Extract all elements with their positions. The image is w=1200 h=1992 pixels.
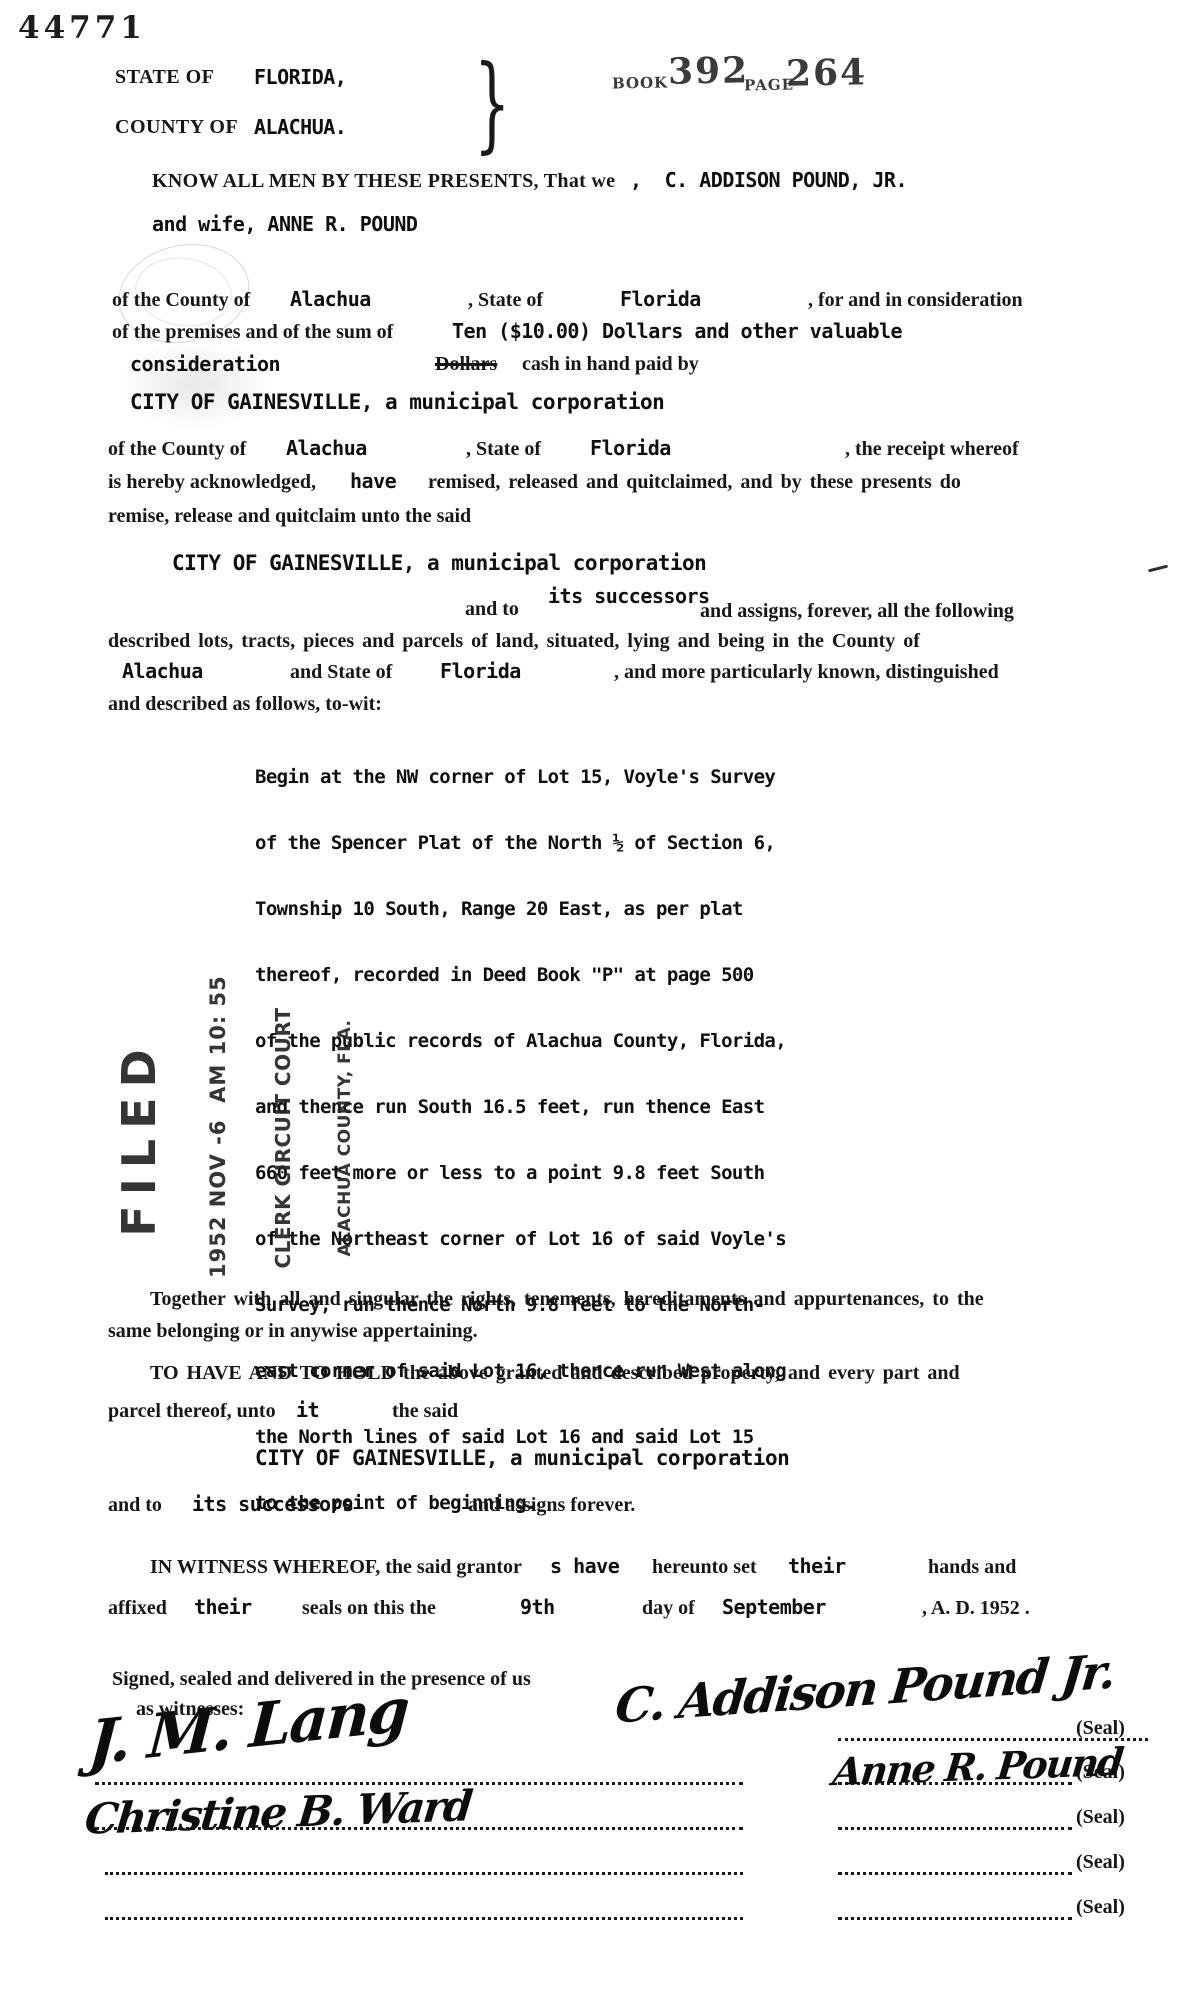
- receipt-county-value: Alachua: [286, 436, 367, 460]
- state-value: FLORIDA,: [254, 65, 346, 89]
- grant-particularly-form: , and more particularly known, distingui…: [614, 661, 999, 684]
- habendum-assigns-form: and assigns forever.: [468, 1494, 635, 1517]
- cons-line1-form-b: , State of: [468, 289, 543, 312]
- legal-line: of the Spencer Plat of the North ½ of Se…: [255, 832, 786, 854]
- grantor-wife: and wife, ANNE R. POUND: [152, 212, 417, 236]
- grantor-signature-anne-pound: Anne R. Pound: [831, 1739, 1124, 1794]
- witness-line2-form-b: seals on this the: [302, 1597, 436, 1620]
- witness-signature-ward: Christine B. Ward: [83, 1781, 474, 1844]
- document-number: 44771: [18, 10, 146, 46]
- filed-stamp: FILED 1952 NOV -6 AM 10: 55 CLERK CIRCUI…: [75, 998, 215, 1278]
- tohave-line2-form-b: the said: [392, 1400, 458, 1423]
- receipt-state-value: Florida: [590, 436, 671, 460]
- witness-day-typed: 9th: [520, 1595, 555, 1619]
- page-stamp-number: 264: [786, 51, 868, 94]
- grantee-name-1: CITY OF GAINESVILLE, a municipal corpora…: [130, 390, 664, 414]
- receipt-line1-form-b: , State of: [466, 438, 541, 461]
- filed-stamp-clerk: CLERK CIRCUIT COURT: [271, 998, 296, 1278]
- filed-stamp-county: ALACHUA COUNTY, FLA.: [334, 998, 356, 1278]
- witness-s-have-typed: s have: [550, 1554, 619, 1578]
- grantor-names: , C. ADDISON POUND, JR.: [630, 168, 907, 192]
- grant-state-value: Florida: [440, 659, 521, 683]
- receipt-line3-form: remise, release and quitclaim unto the s…: [108, 505, 471, 528]
- receipt-line2-form-b: remised, released and quitclaimed, and b…: [428, 471, 961, 494]
- grant-county-value: Alachua: [122, 659, 203, 683]
- cons-state-value: Florida: [620, 287, 701, 311]
- county-of-label: COUNTY OF: [115, 116, 238, 139]
- cons-county-value: Alachua: [290, 287, 371, 311]
- grant-described-line: described lots, tracts, pieces and parce…: [108, 630, 920, 653]
- receipt-line2-form-a: is hereby acknowledged,: [108, 471, 316, 494]
- tohave-line1: TO HAVE AND TO HOLD the above granted an…: [150, 1362, 960, 1385]
- tohave-line2-form-a: parcel thereof, unto: [108, 1400, 276, 1423]
- together-line2: same belonging or in anywise appertainin…: [108, 1320, 478, 1343]
- witness-their-typed-1: their: [788, 1554, 846, 1578]
- seal-label-1: (Seal): [1076, 1717, 1125, 1740]
- header-brace: }: [474, 42, 510, 164]
- book-stamp-label: BOOK: [612, 74, 668, 93]
- receipt-line1-form-c: , the receipt whereof: [845, 438, 1019, 461]
- grantee-name-2: CITY OF GAINESVILLE, a municipal corpora…: [172, 551, 706, 575]
- grantor-signature-line-3: [838, 1827, 1072, 1830]
- receipt-have-typed: have: [350, 469, 396, 493]
- grant-and-to: and to: [465, 598, 519, 621]
- habendum-and-to: and to: [108, 1494, 162, 1517]
- county-value: ALACHUA.: [254, 115, 346, 139]
- seal-label-4: (Seal): [1076, 1851, 1125, 1874]
- dollars-struck-word: Dollars: [435, 353, 497, 376]
- state-of-label: STATE OF: [115, 66, 214, 89]
- grant-state-of-form: and State of: [290, 661, 392, 684]
- together-line1: Together with all and singular the right…: [150, 1288, 984, 1311]
- legal-line: Township 10 South, Range 20 East, as per…: [255, 898, 786, 920]
- habendum-successors-typed: its successors: [192, 1492, 354, 1516]
- cons-line2-form: of the premises and of the sum of: [112, 321, 393, 344]
- grant-successors-typed: its successors: [548, 584, 710, 608]
- presents-clause: KNOW ALL MEN BY THESE PRESENTS, That we: [152, 170, 615, 193]
- deed-document-page: 44771 BOOK 392 PAGE 264 STATE OF FLORIDA…: [0, 0, 1200, 1992]
- seal-label-5: (Seal): [1076, 1896, 1125, 1919]
- witness-year-form: , A. D. 1952 .: [922, 1597, 1030, 1620]
- tohave-it-typed: it: [296, 1398, 319, 1422]
- pen-mark: [1148, 565, 1168, 573]
- witness-signature-line-4: [105, 1917, 743, 1920]
- receipt-line1-form-a: of the County of: [108, 438, 246, 461]
- cons-line1-form-c: , for and in consideration: [808, 289, 1023, 312]
- witness-line1-form-c: hands and: [928, 1556, 1016, 1579]
- grantor-signature-line-5: [838, 1917, 1072, 1920]
- book-stamp-number: 392: [668, 49, 750, 92]
- filed-stamp-datetime: 1952 NOV -6 AM 10: 55: [203, 998, 233, 1278]
- witness-signature-line-3: [105, 1872, 743, 1875]
- cons-line3-typed: consideration: [130, 352, 280, 376]
- legal-line: Begin at the NW corner of Lot 15, Voyle'…: [255, 766, 786, 788]
- cons-line3-form: cash in hand paid by: [522, 353, 699, 376]
- seal-label-3: (Seal): [1076, 1806, 1125, 1829]
- witness-month-typed: September: [722, 1595, 826, 1619]
- witness-line1-form-b: hereunto set: [652, 1556, 757, 1579]
- cons-amount-value: Ten ($10.00) Dollars and other valuable: [452, 319, 902, 343]
- witness-line1-form-a: IN WITNESS WHEREOF, the said grantor: [150, 1556, 522, 1579]
- grantor-signature-pound-jr: C. Addison Pound Jr.: [613, 1644, 1117, 1734]
- grantee-name-3: CITY OF GAINESVILLE, a municipal corpora…: [255, 1446, 789, 1470]
- witness-line2-form-c: day of: [642, 1597, 695, 1620]
- grant-towit-line: and described as follows, to-wit:: [108, 693, 382, 716]
- legal-line: thereof, recorded in Deed Book "P" at pa…: [255, 964, 786, 986]
- grant-assigns-form: and assigns, forever, all the following: [700, 600, 1014, 623]
- filed-stamp-word: FILED: [113, 998, 165, 1278]
- legal-line: the North lines of said Lot 16 and said …: [255, 1426, 786, 1448]
- grantor-signature-line-4: [838, 1872, 1072, 1875]
- cons-line1-form-a: of the County of: [112, 289, 250, 312]
- witness-their-typed-2: their: [194, 1595, 252, 1619]
- witness-line2-form-a: affixed: [108, 1597, 167, 1620]
